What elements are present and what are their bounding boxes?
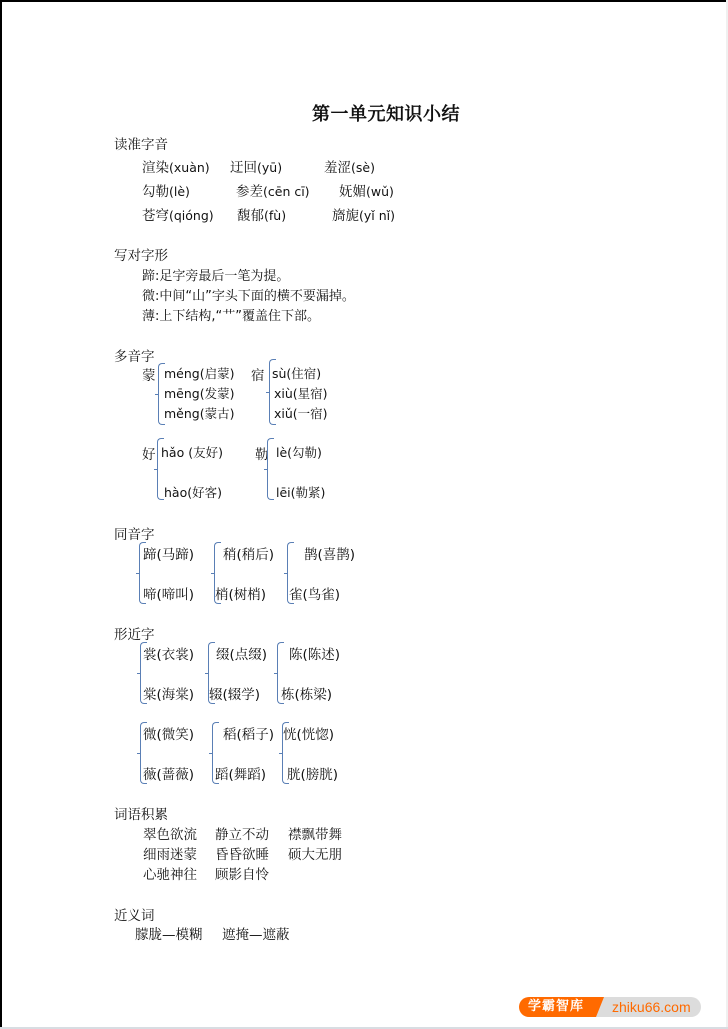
vocab-word: 心驰神往 <box>143 863 197 883</box>
reading: méng(启蒙) <box>164 364 234 382</box>
similar-item: 栋(栋梁) <box>281 683 332 703</box>
reading: xiù(星宿) <box>274 384 328 402</box>
pronunciation-item: 勾勒(lè) <box>142 180 190 200</box>
vocab-word: 襟飘带舞 <box>288 823 342 843</box>
similar-item: 裳(衣裳) <box>143 643 194 663</box>
homophone-item: 稍(稍后) <box>223 543 274 563</box>
reading: lēi(勒紧) <box>276 483 325 501</box>
vocab-word: 细雨迷蒙 <box>143 843 197 863</box>
similar-item: 恍(恍惚) <box>283 723 334 743</box>
similar-item: 蹈(舞蹈) <box>215 763 266 783</box>
reading: xiǔ(一宿) <box>274 404 328 422</box>
homophone-item: 梢(树梢) <box>215 583 266 603</box>
vocab-word: 翠色欲流 <box>143 823 197 843</box>
watermark-brand: 学霸智库 <box>519 997 596 1017</box>
section-heading-writing: 写对字形 <box>114 244 168 264</box>
section-heading-vocabulary: 词语积累 <box>114 803 168 823</box>
similar-item: 缀(点缀) <box>216 643 267 663</box>
section-heading-homophones: 同音字 <box>114 523 155 543</box>
homophone-item: 蹄(马蹄) <box>143 543 194 563</box>
pronunciation-item: 渲染(xuàn) <box>142 156 210 176</box>
pronunciation-item: 妩媚(wǔ) <box>339 180 394 200</box>
homophone-item: 啼(啼叫) <box>143 583 194 603</box>
section-heading-polyphonic: 多音字 <box>114 345 155 365</box>
vocab-word: 顾影自怜 <box>215 863 269 883</box>
reading: měng(蒙古) <box>164 404 234 422</box>
section-heading-pronunciation: 读准字音 <box>114 133 168 153</box>
similar-item: 薇(蔷薇) <box>143 763 194 783</box>
similar-item: 棠(海棠) <box>143 683 194 703</box>
similar-item: 辍(辍学) <box>209 683 260 703</box>
polyphonic-char: 蒙 <box>142 364 156 384</box>
similar-item: 胱(膀胱) <box>287 763 338 783</box>
pronunciation-item: 羞涩(sè) <box>324 156 375 176</box>
synonym-pair: 遮掩—遮蔽 <box>222 923 290 943</box>
polyphonic-char: 宿 <box>251 364 265 384</box>
reading: hǎo (友好) <box>161 443 223 461</box>
reading: hào(好客) <box>164 483 222 501</box>
homophone-item: 雀(鸟雀) <box>289 583 340 603</box>
synonym-pair: 朦胧—模糊 <box>135 923 203 943</box>
pronunciation-item: 参差(cēn cī) <box>236 180 310 200</box>
watermark-domain: zhiku66.com <box>596 997 701 1017</box>
writing-note: 蹄:足字旁最后一笔为提。 <box>142 265 289 284</box>
pronunciation-item: 馥郁(fù) <box>237 204 286 224</box>
page-title: 第一单元知识小结 <box>2 100 728 126</box>
section-heading-synonyms: 近义词 <box>114 904 155 924</box>
document-page: 第一单元知识小结 读准字音 渲染(xuàn) 迂回(yū) 羞涩(sè) 勾勒(… <box>0 0 728 1027</box>
brace-icon <box>267 438 274 500</box>
reading: sù(住宿) <box>272 364 321 382</box>
similar-item: 稻(稻子) <box>223 723 274 743</box>
writing-note: 薄:上下结构,“艹”覆盖住下部。 <box>142 305 320 324</box>
vocab-word: 昏昏欲睡 <box>215 843 269 863</box>
section-heading-similar: 形近字 <box>114 623 155 643</box>
similar-item: 微(微笑) <box>143 723 194 743</box>
pronunciation-item: 苍穹(qióng) <box>142 204 214 224</box>
pronunciation-item: 旖旎(yǐ nǐ) <box>332 204 395 224</box>
homophone-item: 鹊(喜鹊) <box>304 543 355 563</box>
polyphonic-char: 好 <box>142 443 156 463</box>
vocab-word: 硕大无朋 <box>288 843 342 863</box>
similar-item: 陈(陈述) <box>289 643 340 663</box>
pronunciation-item: 迂回(yū) <box>230 156 282 176</box>
watermark-logo: 学霸智库 zhiku66.com <box>519 997 701 1017</box>
reading: lè(勾勒) <box>276 443 322 461</box>
vocab-word: 静立不动 <box>215 823 269 843</box>
writing-note: 微:中间“山”字头下面的横不要漏掉。 <box>142 285 355 304</box>
reading: mēng(发蒙) <box>164 384 234 402</box>
